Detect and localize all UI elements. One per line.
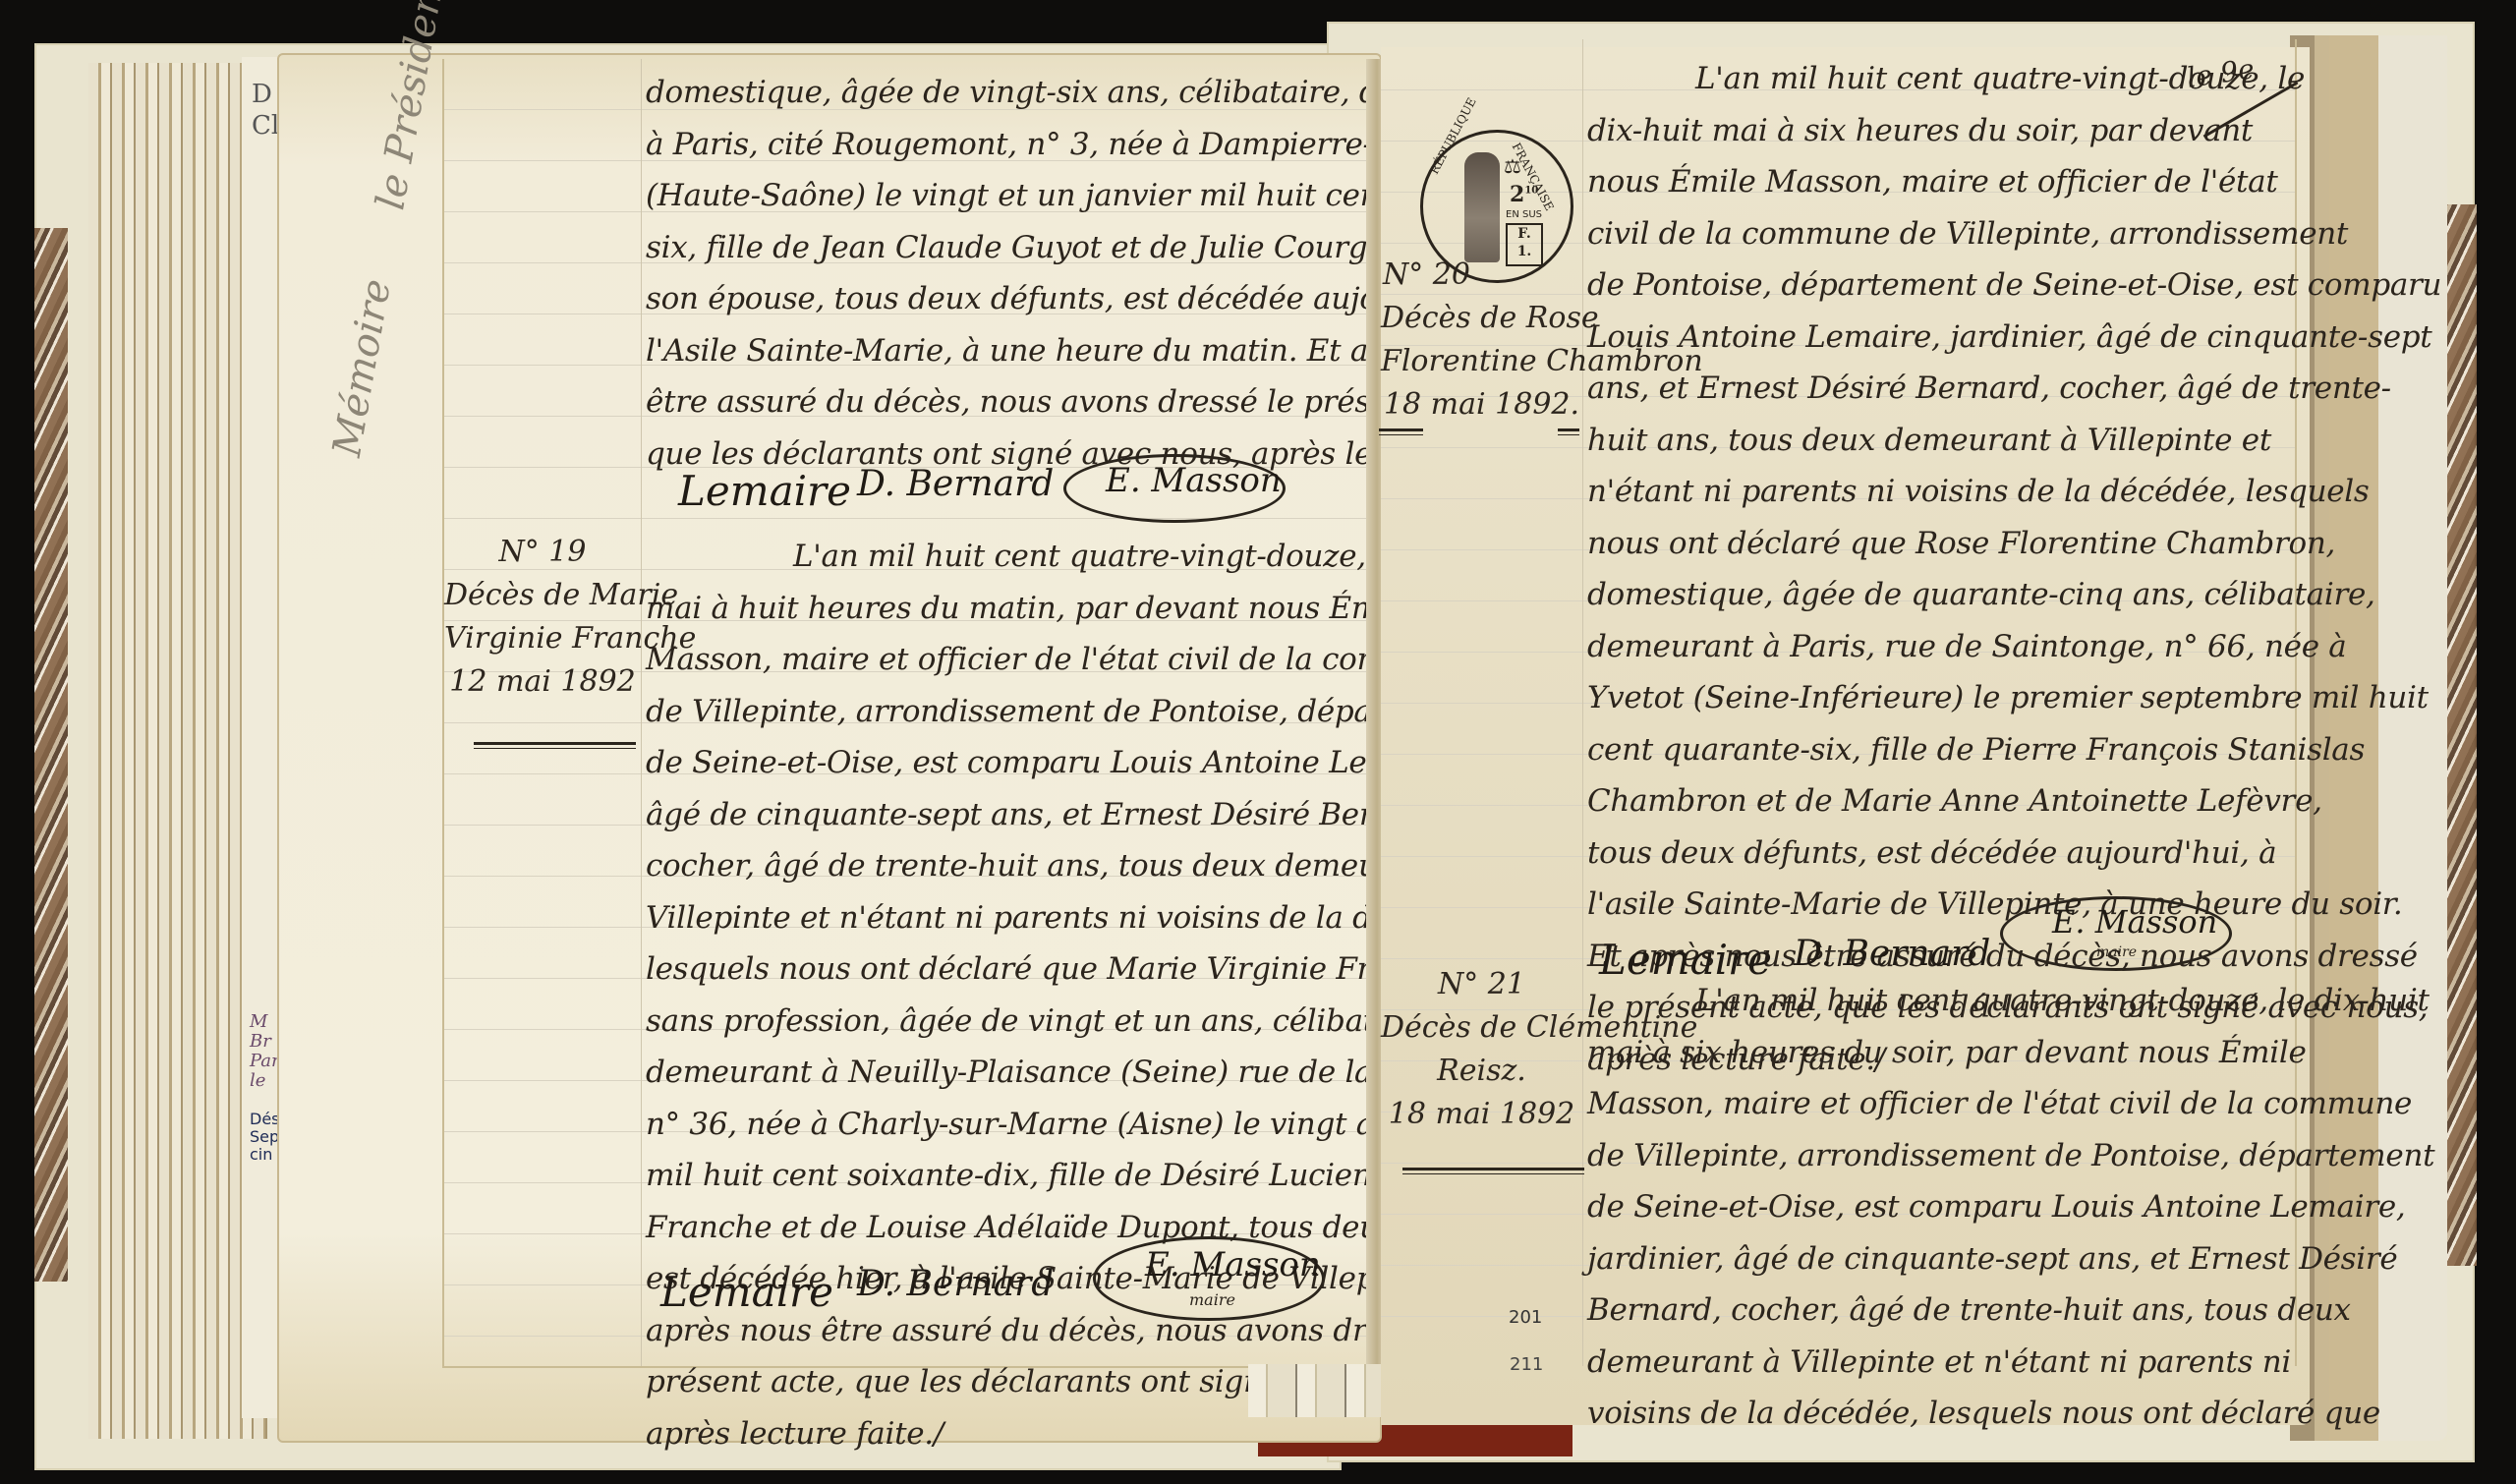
justice-figure-icon (1464, 152, 1500, 262)
entry-21-margin-title: N° 21 Décès de Clémentine Reisz. 18 mai … (1381, 963, 1582, 1136)
mayor-signature-flourish-2: E. Masson maire (1093, 1236, 1325, 1321)
signature-bernard-2: D. Bernard (857, 1264, 1054, 1304)
entry-19-margin-title: N° 19 Décès de Marie Virginie Franche 12… (444, 531, 641, 704)
entry-20-margin-title: N° 20 Décès de Rose Florentine Chambron … (1381, 254, 1582, 427)
mayor-signature-flourish: E. Masson (1063, 454, 1286, 523)
underlying-tab-fragments-top: D Cl (252, 79, 279, 142)
stamp-value: 210 (1510, 182, 1538, 207)
stamp-en-sus: EN SUS (1506, 209, 1542, 220)
signature-lemaire: Lemaire (678, 467, 851, 515)
entry-20-underline-b (1558, 428, 1579, 435)
entry-21-number: N° 21 (1381, 963, 1582, 1006)
stacked-leaves-left (88, 63, 267, 1439)
underlying-tab-fragments-typed: Dés Sep cin (250, 1111, 280, 1164)
underlying-leaf-left (242, 57, 281, 1418)
entry-20-number: N° 20 (1381, 254, 1582, 297)
folio-number: 201 (1509, 1307, 1542, 1328)
right-page: RÉPUBLIQUE FRANÇAISE ⚖ 210 EN SUS F. 1. … (1381, 39, 2297, 1366)
entry-19-date: 12 mai 1892 (444, 660, 641, 704)
entry-20-underline-a (1379, 428, 1423, 435)
entry-21-underline (1402, 1168, 1584, 1174)
entry-19-number: N° 19 (444, 531, 641, 574)
marbled-endpaper-left (34, 228, 68, 1282)
signature-bernard: D. Bernard (857, 464, 1054, 504)
entry-21-text: L'an mil huit cent quatre-vingt-douze, l… (1587, 975, 2434, 1440)
entry-19-underline (474, 742, 636, 749)
underlying-tab-fragments-purple: M Br Par le (250, 1012, 280, 1091)
signature-bernard-3: D. Bernard (1794, 934, 1990, 974)
scales-icon: ⚖ (1504, 154, 1521, 178)
underlying-folio-number: 211 (1510, 1354, 1543, 1375)
left-page-margin-rule (641, 59, 642, 1366)
left-page: domestique, âgée de vingt-six ans, célib… (442, 59, 1378, 1368)
mayor-signature-flourish-3: E. Masson maire (2000, 896, 2232, 971)
entry-21-date: 18 mai 1892 (1381, 1093, 1582, 1136)
signature-lemaire-2: Lemaire (660, 1268, 833, 1316)
entry-20-date: 18 mai 1892. (1381, 383, 1582, 427)
